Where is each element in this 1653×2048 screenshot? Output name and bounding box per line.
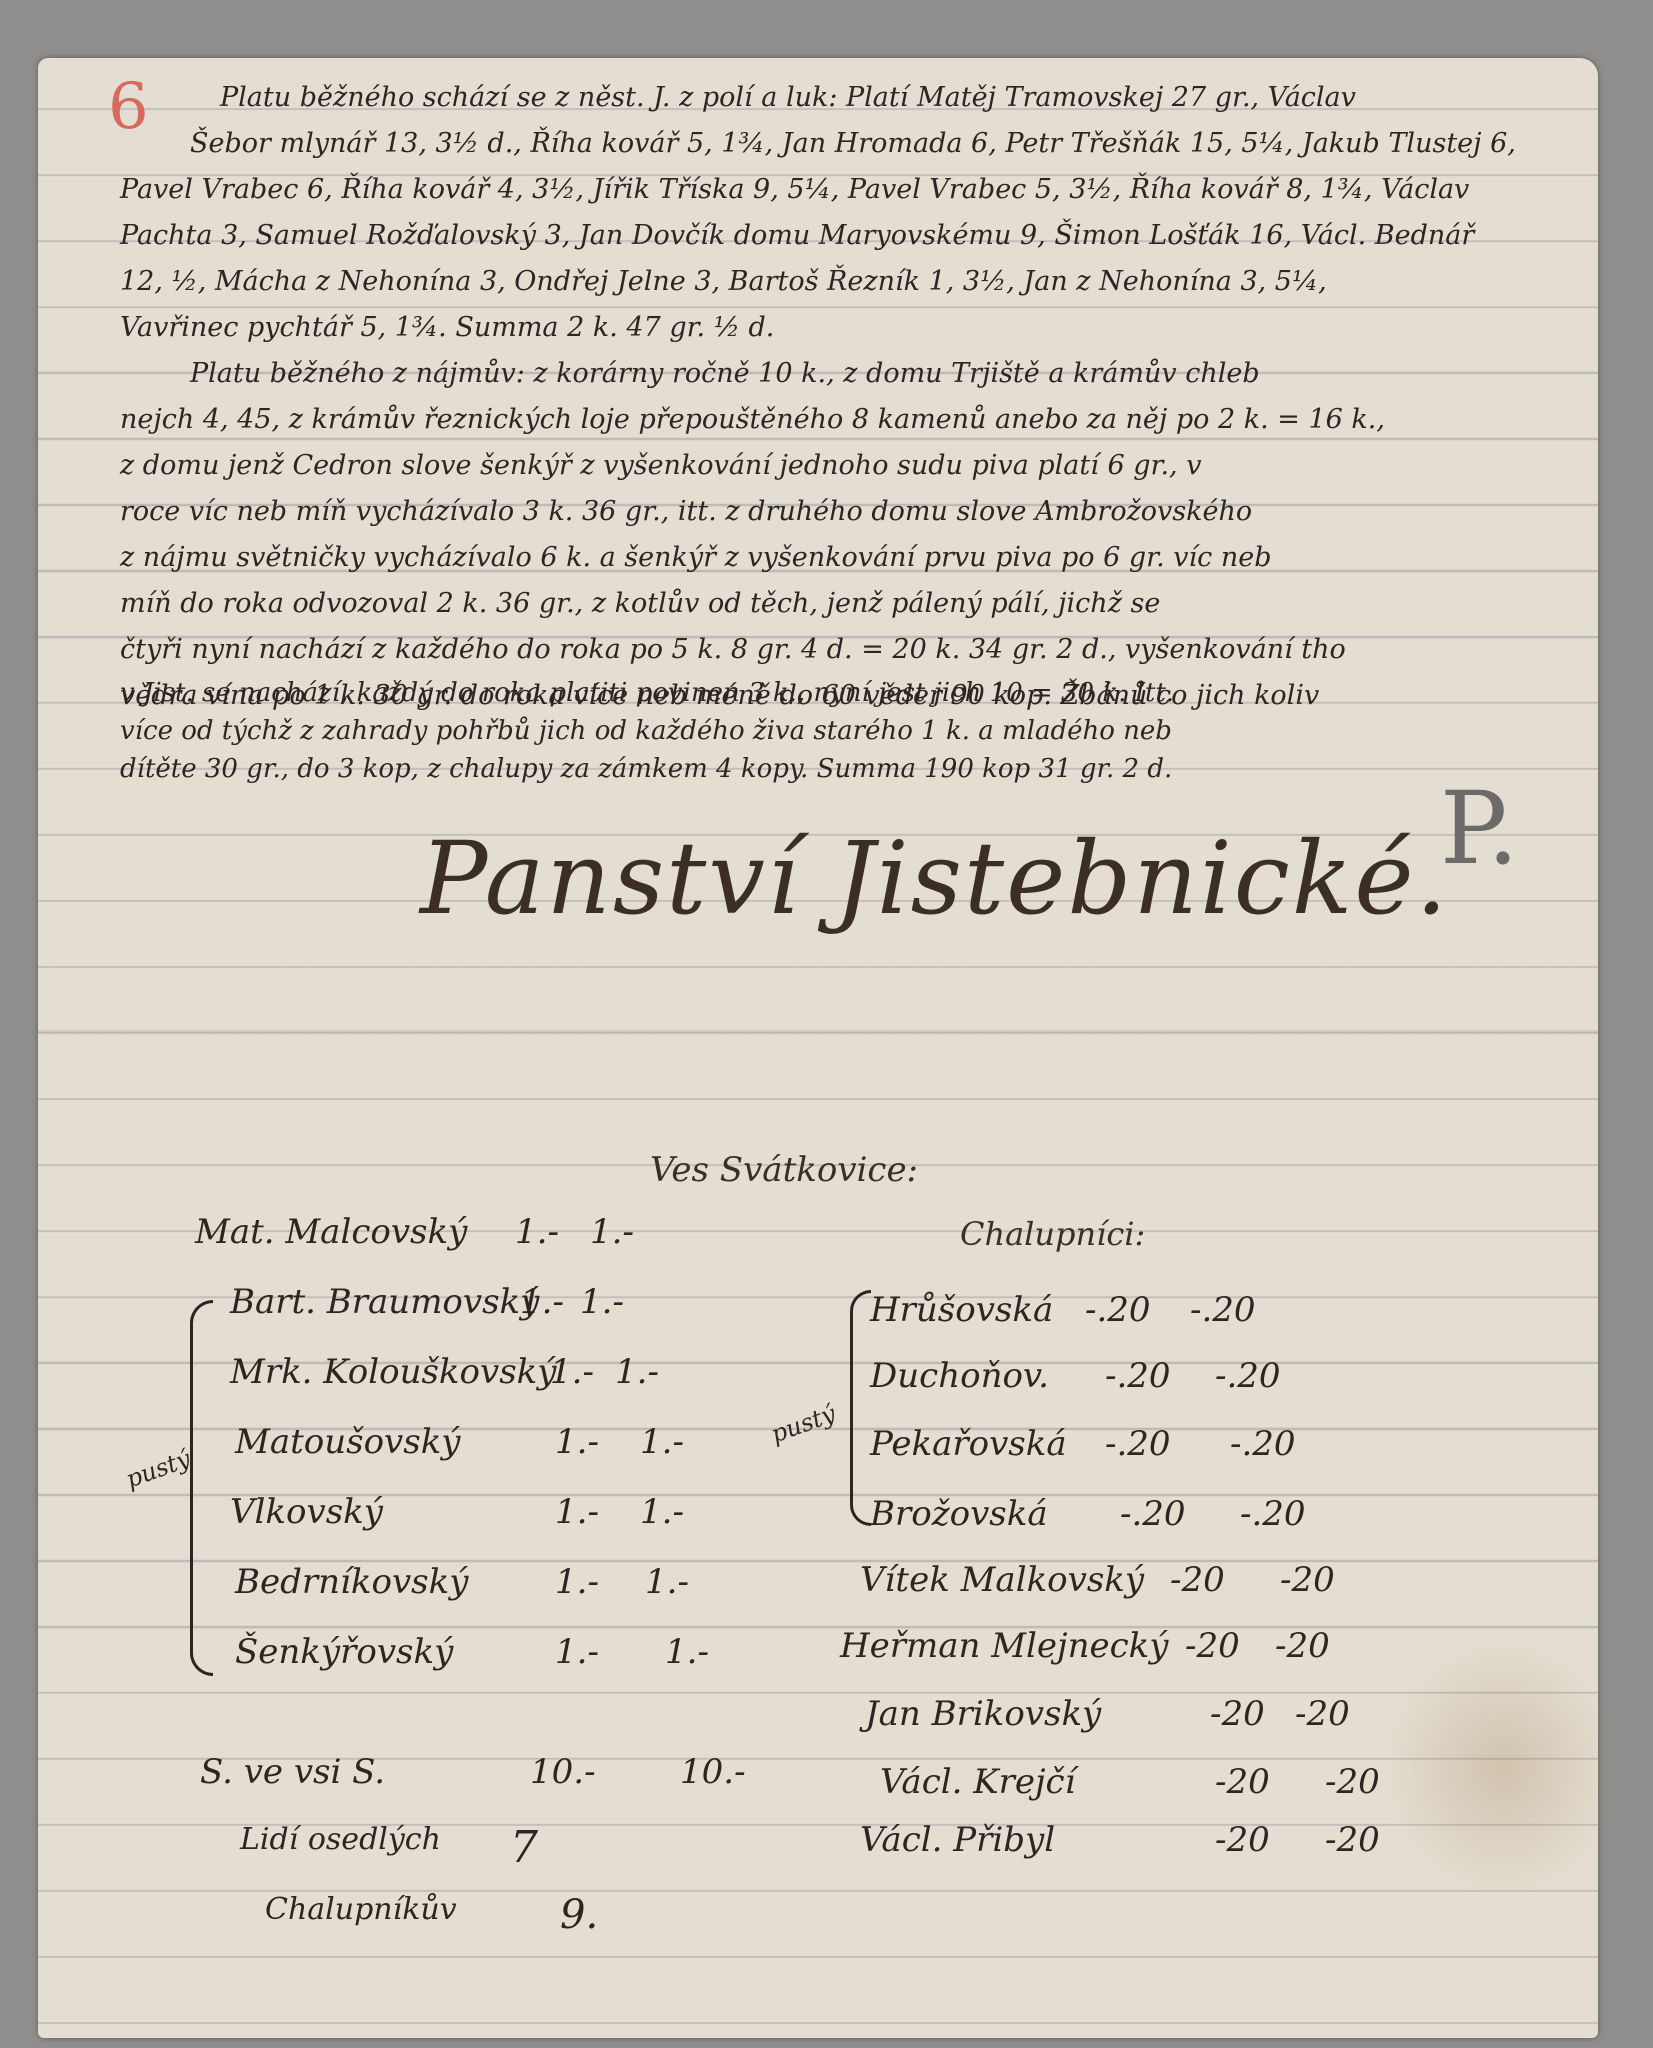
list-item: Mat. Malcovský 1.- 1.-: [195, 1212, 467, 1252]
value-1: -20: [1215, 1820, 1270, 1860]
people-value: 7: [510, 1822, 538, 1873]
value-1: 1.-: [555, 1492, 599, 1532]
summary-label: S. ve vsi S.: [200, 1752, 385, 1792]
value-2: 1.-: [645, 1562, 689, 1602]
cottagers-heading: Chalupníci:: [960, 1215, 1145, 1253]
holder-name: Mat. Malcovský: [195, 1212, 467, 1252]
value-1: -.20: [1085, 1290, 1151, 1330]
value-1: 1.-: [555, 1562, 599, 1602]
page-title: Panství Jistebnické.: [420, 820, 1449, 937]
list-item: Duchoňov. -.20 -.20: [870, 1356, 1049, 1396]
list-item: Matoušovský 1.- 1.-: [235, 1422, 461, 1462]
para2-line: čtyři nyní nachází z každého do roka po …: [120, 634, 1346, 665]
value-1: 1.-: [550, 1352, 594, 1392]
value-2: 1.-: [580, 1282, 624, 1322]
value-1: 1.-: [515, 1212, 559, 1252]
list-item: Vlkovský 1.- 1.-: [230, 1492, 383, 1532]
para2-line: z nájmu světničky vycházívalo 6 k. a šen…: [120, 542, 1272, 573]
value-1: -.20: [1105, 1424, 1171, 1464]
list-item: Heřman Mlejnecký -20 -20: [840, 1626, 1168, 1666]
value-1: 1.-: [520, 1282, 564, 1322]
list-item: Bedrníkovský 1.- 1.-: [235, 1562, 468, 1602]
para1-line: Pachta 3, Samuel Rožďalovský 3, Jan Dovč…: [120, 220, 1474, 251]
value-2: 1.-: [640, 1492, 684, 1532]
value-1: 1.-: [555, 1422, 599, 1462]
para2-line: roce víc neb míň vycházívalo 3 k. 36 gr.…: [120, 496, 1252, 527]
value-2: 1.-: [615, 1352, 659, 1392]
holder-name: Duchoňov.: [870, 1356, 1049, 1396]
para2-line: více od týchž z zahrady pohřbů jich od k…: [120, 716, 1172, 746]
left-brace: [190, 1300, 213, 1676]
list-item: Václ. Krejčí -20 -20: [880, 1762, 1075, 1802]
holder-name: Brožovská: [870, 1494, 1048, 1534]
cottagers-row: Chalupníkův 9.: [265, 1892, 457, 1927]
right-brace: [850, 1290, 871, 1526]
value-2: -.20: [1190, 1290, 1256, 1330]
list-item: Hrůšovská -.20 -.20: [870, 1290, 1053, 1330]
holder-name: Václ. Přibyl: [860, 1820, 1055, 1860]
water-stain: [1383, 1638, 1623, 1898]
holder-name: Šenkýřovský: [235, 1632, 453, 1672]
value-2: 1.-: [640, 1422, 684, 1462]
para2-line: nejch 4, 45, z krámův řeznických loje př…: [120, 404, 1385, 435]
value-1: -20: [1185, 1626, 1240, 1666]
holder-name: Heřman Mlejnecký: [840, 1626, 1168, 1666]
holder-name: Bedrníkovský: [235, 1562, 468, 1602]
summary-row: S. ve vsi S. 10.- 10.-: [200, 1752, 385, 1792]
list-item: Jan Brikovský -20 -20: [865, 1694, 1101, 1734]
holder-name: Mrk. Kolouškovský: [230, 1352, 556, 1392]
value-1: -.20: [1120, 1494, 1186, 1534]
manuscript-page: [38, 58, 1598, 2038]
list-item: Bart. Braumovský 1.- 1.-: [230, 1282, 539, 1322]
value-1: -20: [1215, 1762, 1270, 1802]
value-2: -.20: [1240, 1494, 1306, 1534]
list-item: Mrk. Kolouškovský 1.- 1.-: [230, 1352, 556, 1392]
value-1: -.20: [1105, 1356, 1171, 1396]
holder-name: Matoušovský: [235, 1422, 461, 1462]
list-item: Vítek Malkovský -20 -20: [860, 1560, 1144, 1600]
cottagers-label: Chalupníkův: [265, 1892, 457, 1927]
summary-value-1: 10.-: [530, 1752, 596, 1792]
holder-name: Pekařovská: [870, 1424, 1067, 1464]
page-fold: [38, 1030, 1598, 1033]
folio-number: 6: [108, 70, 149, 144]
list-item: Pekařovská -.20 -.20: [870, 1424, 1067, 1464]
para1-line: Pavel Vrabec 6, Říha kovář 4, 3½, Jířik …: [120, 174, 1469, 205]
para2-line: míň do roka odvozoval 2 k. 36 gr., z kot…: [120, 588, 1160, 619]
list-item: Václ. Přibyl -20 -20: [860, 1820, 1055, 1860]
value-2: 1.-: [590, 1212, 634, 1252]
people-row: Lidí osedlých 7: [240, 1822, 441, 1857]
value-2: -20: [1325, 1820, 1380, 1860]
holder-name: Jan Brikovský: [865, 1694, 1101, 1734]
para2-line: z domu jenž Cedron slove šenkýř z vyšenk…: [120, 450, 1201, 481]
village-heading: Ves Svátkovice:: [650, 1150, 918, 1190]
value-1: -20: [1210, 1694, 1265, 1734]
holder-name: Hrůšovská: [870, 1290, 1053, 1330]
value-2: -.20: [1230, 1424, 1296, 1464]
value-2: -20: [1295, 1694, 1350, 1734]
para2-line: v Jist. se nachází, každý do roka platit…: [120, 678, 1174, 708]
para2-line: Platu běžného z nájmův: z korárny ročně …: [190, 358, 1260, 389]
holder-name: Bart. Braumovský: [230, 1282, 539, 1322]
holder-name: Václ. Krejčí: [880, 1762, 1075, 1802]
value-2: -20: [1280, 1560, 1335, 1600]
pencil-mark: P.: [1440, 770, 1519, 887]
value-2: -20: [1325, 1762, 1380, 1802]
list-item: Brožovská -.20 -.20: [870, 1494, 1048, 1534]
people-label: Lidí osedlých: [240, 1822, 441, 1857]
list-item: Šenkýřovský 1.- 1.-: [235, 1632, 453, 1672]
para1-line: Šebor mlynář 13, 3½ d., Říha kovář 5, 1¾…: [190, 128, 1516, 159]
holder-name: Vlkovský: [230, 1492, 383, 1532]
cottagers-value: 9.: [560, 1892, 598, 1938]
summary-value-2: 10.-: [680, 1752, 746, 1792]
para2-line: dítěte 30 gr., do 3 kop, z chalupy za zá…: [120, 754, 1172, 784]
para1-line: 12, ½, Mácha z Nehonína 3, Ondřej Jelne …: [120, 266, 1327, 297]
value-2: -.20: [1215, 1356, 1281, 1396]
value-2: -20: [1275, 1626, 1330, 1666]
holder-name: Vítek Malkovský: [860, 1560, 1144, 1600]
para1-line: Vavřinec pychtář 5, 1¾. Summa 2 k. 47 gr…: [120, 312, 774, 343]
value-1: -20: [1170, 1560, 1225, 1600]
value-1: 1.-: [555, 1632, 599, 1672]
para1-line: Platu běžného schází se z něst. J. z pol…: [220, 82, 1356, 113]
value-2: 1.-: [665, 1632, 709, 1672]
